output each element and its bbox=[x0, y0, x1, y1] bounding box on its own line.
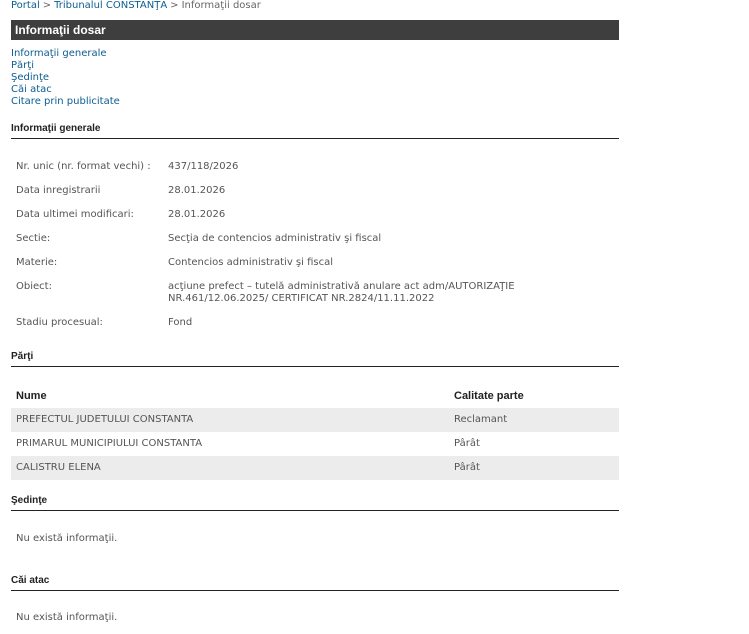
party-role: Pârât bbox=[454, 456, 480, 480]
party-name: PRIMARUL MUNICIPIULUI CONSTANTA bbox=[16, 432, 202, 456]
party-role: Reclamant bbox=[454, 408, 507, 432]
toc-cai-atac[interactable]: Căi atac bbox=[11, 84, 120, 96]
column-header-nume: Nume bbox=[16, 384, 47, 408]
table-of-contents: Informaţii generale Părţi Şedinţe Căi at… bbox=[11, 48, 120, 108]
breadcrumb-portal[interactable]: Portal bbox=[11, 0, 40, 11]
section-heading-parti: Părţi bbox=[11, 351, 619, 367]
section-heading-cai-atac: Căi atac bbox=[11, 575, 619, 591]
column-header-calitate: Calitate parte bbox=[454, 384, 524, 408]
info-label: Stadiu procesual: bbox=[16, 317, 166, 329]
info-value: 437/118/2026 bbox=[168, 161, 608, 173]
info-label: Nr. unic (nr. format vechi) : bbox=[16, 161, 166, 173]
info-label: Obiect: bbox=[16, 281, 166, 293]
info-label: Materie: bbox=[16, 257, 166, 269]
parti-table: Nume Calitate parte PREFECTUL JUDETULUI … bbox=[11, 384, 619, 480]
breadcrumb-separator: > bbox=[43, 0, 51, 11]
info-value: 28.01.2026 bbox=[168, 209, 608, 221]
info-value: Fond bbox=[168, 317, 608, 329]
table-row: PRIMARUL MUNICIPIULUI CONSTANTA Pârât bbox=[11, 432, 619, 456]
cai-atac-empty-message: Nu există informaţii. bbox=[16, 612, 117, 623]
party-name: CALISTRU ELENA bbox=[16, 456, 101, 480]
breadcrumb-separator: > bbox=[170, 0, 178, 11]
party-name: PREFECTUL JUDETULUI CONSTANTA bbox=[16, 408, 193, 432]
table-header: Nume Calitate parte bbox=[11, 384, 619, 408]
info-value: Secţia de contencios administrativ şi fi… bbox=[168, 233, 608, 245]
page-title: Informaţii dosar bbox=[11, 20, 619, 40]
breadcrumb-tribunal[interactable]: Tribunalul CONSTANŢA bbox=[54, 0, 167, 11]
info-label: Data inregistrarii bbox=[16, 185, 166, 197]
info-value: Contencios administrativ şi fiscal bbox=[168, 257, 608, 269]
table-row: CALISTRU ELENA Pârât bbox=[11, 456, 619, 480]
breadcrumb: Portal>Tribunalul CONSTANŢA>Informaţii d… bbox=[11, 0, 261, 12]
info-label: Sectie: bbox=[16, 233, 166, 245]
table-row: PREFECTUL JUDETULUI CONSTANTA Reclamant bbox=[11, 408, 619, 432]
toc-parti[interactable]: Părţi bbox=[11, 60, 120, 72]
section-heading-informatii-generale: Informaţii generale bbox=[11, 123, 619, 139]
toc-citare-prin-publicitate[interactable]: Citare prin publicitate bbox=[11, 96, 120, 108]
section-heading-sedinte: Şedinţe bbox=[11, 495, 619, 511]
sedinte-empty-message: Nu există informaţii. bbox=[16, 533, 117, 544]
party-role: Pârât bbox=[454, 432, 480, 456]
toc-informatii-generale[interactable]: Informaţii generale bbox=[11, 48, 120, 60]
info-label: Data ultimei modificari: bbox=[16, 209, 166, 221]
breadcrumb-current: Informaţii dosar bbox=[182, 0, 261, 11]
toc-sedinte[interactable]: Şedinţe bbox=[11, 72, 120, 84]
info-value: acţiune prefect – tutelă administrativă … bbox=[168, 281, 608, 305]
info-value: 28.01.2026 bbox=[168, 185, 608, 197]
